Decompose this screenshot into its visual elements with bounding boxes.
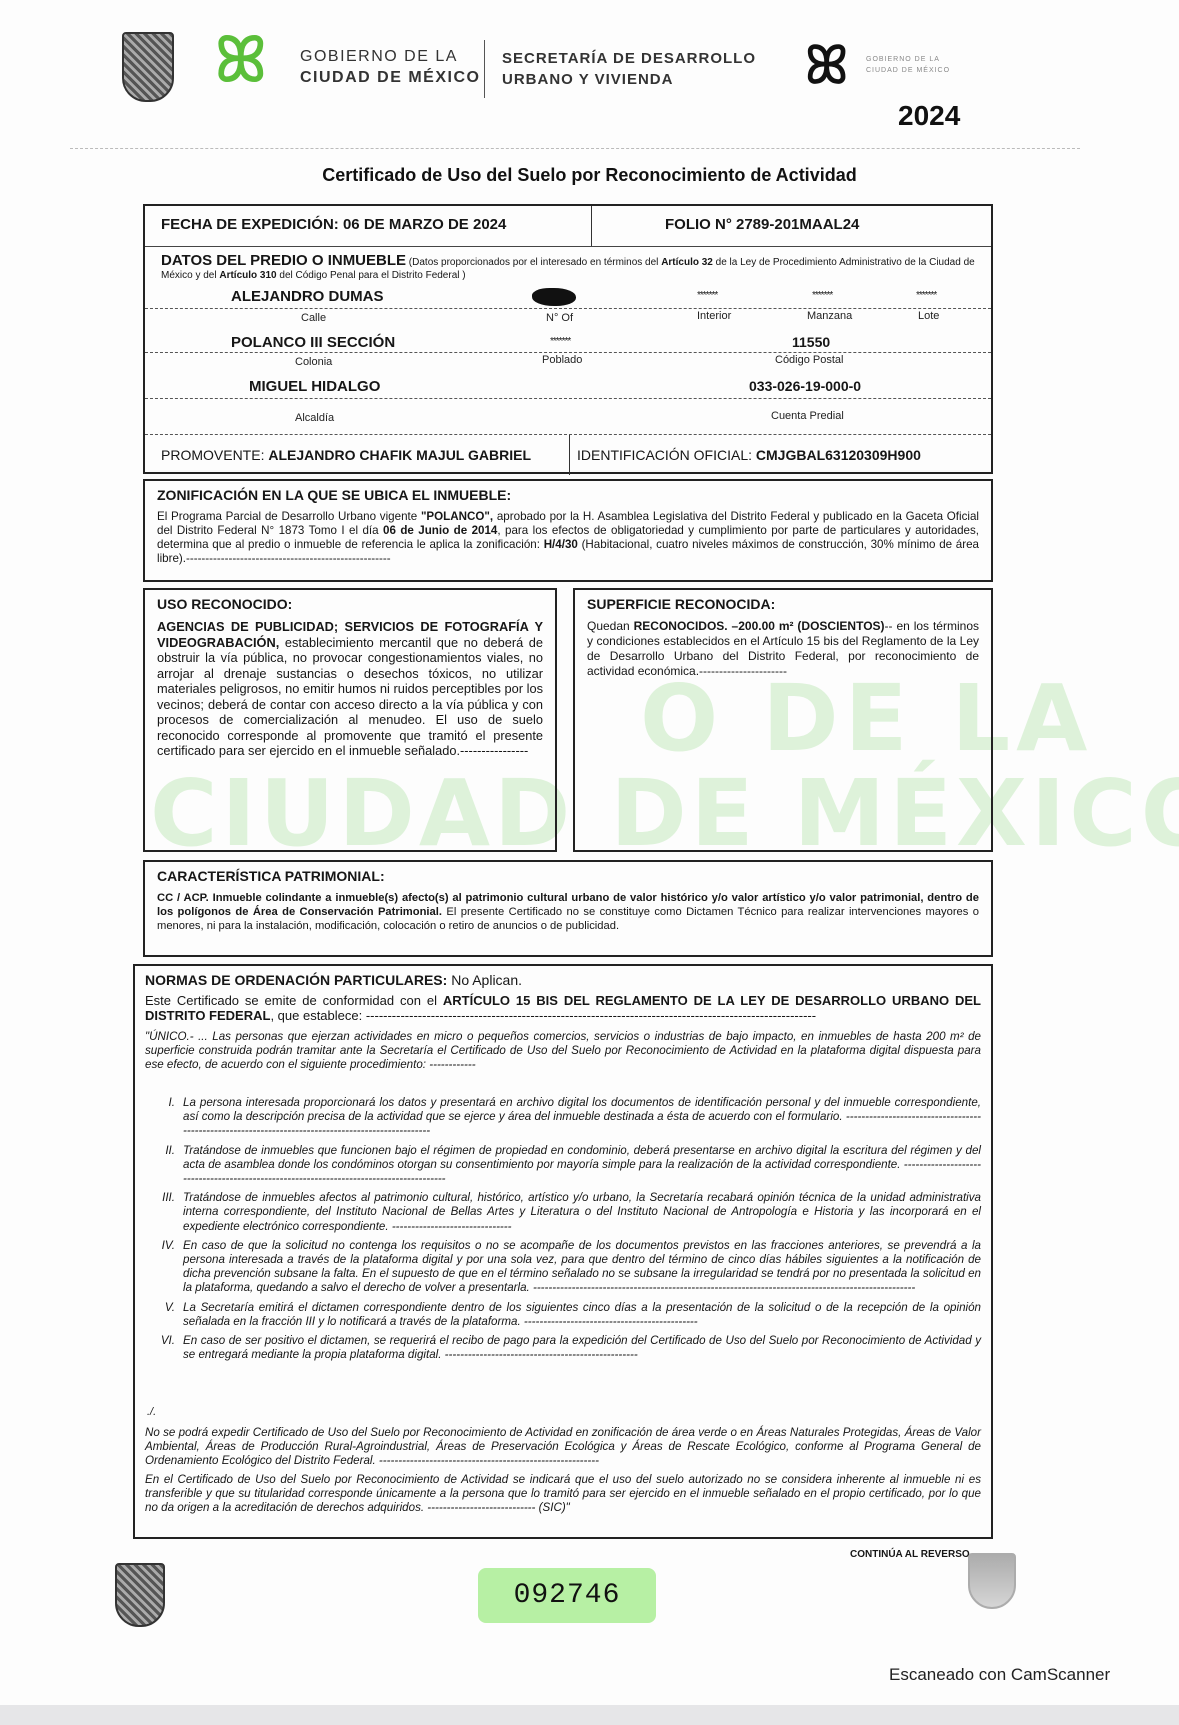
recognized-area-value: RECONOCIDOS. –200.00 m² (DOSCIENTOS) (634, 619, 885, 633)
secretaria-line-1: SECRETARÍA DE DESARROLLO (502, 48, 756, 69)
procedure-item-number: II. (145, 1144, 183, 1187)
procedure-item-text: En caso de que la solicitud no contenga … (183, 1239, 981, 1296)
number-label: N° Of (546, 312, 573, 324)
recognized-use-title: USO RECONOCIDO: (157, 596, 292, 612)
folio-number: FOLIO N° 2789-201MAAL24 (665, 216, 859, 233)
lot-value: ******* (916, 290, 936, 301)
block-value: ******* (812, 290, 832, 301)
procedure-item-number: IV. (145, 1239, 183, 1296)
redacted-number (532, 288, 576, 306)
scanned-document-page: O DE LA CIUDAD DE MÉXICO ꕤ GOBIERNO DE L… (0, 0, 1179, 1705)
header-separator (70, 148, 1080, 149)
document-year: 2024 (898, 100, 960, 132)
procedure-item-number: V. (145, 1301, 183, 1329)
serial-number-stamp: 092746 (478, 1568, 656, 1623)
field-line (145, 308, 991, 309)
procedure-item-text: La Secretaría emitirá el dictamen corres… (183, 1301, 981, 1329)
small-government-name: GOBIERNO DE LA CIUDAD DE MÉXICO (866, 54, 950, 76)
procedure-item-text: Tratándose de inmuebles afectos al patri… (183, 1191, 981, 1234)
procedure-item-text: Tratándose de inmuebles que funcionen ba… (183, 1144, 981, 1187)
zoning-rules-value: No Aplican. (447, 972, 522, 988)
field-line (145, 352, 991, 353)
postal-code-value: 11550 (792, 334, 830, 350)
unico-paragraph: "ÚNICO.- ... Las personas que ejerzan ac… (145, 1030, 981, 1073)
small-gov-line-2: CIUDAD DE MÉXICO (866, 65, 950, 76)
small-gov-line-1: GOBIERNO DE LA (866, 54, 950, 65)
procedure-item-number: I. (145, 1096, 183, 1139)
issue-date: FECHA DE EXPEDICIÓN: 06 DE MARZO DE 2024 (161, 216, 506, 233)
document-title: Certificado de Uso del Suelo por Reconoc… (0, 165, 1179, 186)
interior-label: Interior (697, 310, 731, 322)
zoning-text: El Programa Parcial de Desarrollo Urbano… (157, 510, 979, 566)
recognized-use-text: AGENCIAS DE PUBLICIDAD; SERVICIOS DE FOT… (157, 619, 543, 759)
coat-of-arms-icon (115, 1563, 165, 1627)
cdmx-black-logo-icon: ꕤ (805, 35, 848, 97)
property-data-section: FECHA DE EXPEDICIÓN: 06 DE MARZO DE 2024… (143, 204, 993, 474)
recognized-area-text-part: Quedan (587, 619, 634, 633)
continuation-mark: ./. (147, 1406, 156, 1418)
procedure-item-text: En caso de ser positivo el dictamen, se … (183, 1334, 981, 1362)
town-label: Poblado (542, 354, 582, 366)
coat-of-arms-icon (122, 32, 174, 102)
continue-overleaf-note: CONTINÚA AL REVERSO (850, 1549, 970, 1560)
procedure-item: II.Tratándose de inmuebles que funcionen… (145, 1144, 981, 1187)
closing-paragraph-1: No se podrá expedir Certificado de Uso d… (145, 1426, 981, 1469)
secretaria-line-2: URBANO Y VIVIENDA (502, 69, 756, 90)
applicant-name: ALEJANDRO CHAFIK MAJUL GABRIEL (268, 447, 531, 463)
scanner-watermark: Escaneado con CamScanner (889, 1665, 1110, 1685)
applicant-label: PROMOVENTE: (161, 447, 268, 463)
block-label: Manzana (807, 310, 852, 322)
zoning-rules-heading: NORMAS DE ORDENACIÓN PARTICULARES: (145, 972, 447, 988)
closing-paragraph-2: En el Certificado de Uso del Suelo por R… (145, 1473, 981, 1516)
procedure-item: VI.En caso de ser positivo el dictamen, … (145, 1334, 981, 1362)
borough-value: MIGUEL HIDALGO (249, 378, 380, 395)
note-text: (Datos proporcionados por el interesado … (406, 257, 661, 268)
zoning-program-name: "POLANCO", (421, 510, 493, 523)
property-data-heading: DATOS DEL PREDIO O INMUEBLE (Datos propo… (161, 254, 981, 282)
lot-label: Lote (918, 310, 939, 322)
interior-value: ******* (697, 290, 717, 301)
zoning-rules-section: NORMAS DE ORDENACIÓN PARTICULARES: No Ap… (133, 964, 993, 1539)
issue-row: FECHA DE EXPEDICIÓN: 06 DE MARZO DE 2024… (145, 206, 991, 247)
postal-code-label: Código Postal (775, 354, 844, 366)
procedure-item-text: La persona interesada proporcionará los … (183, 1096, 981, 1139)
official-id-label: IDENTIFICACIÓN OFICIAL: (577, 447, 756, 463)
gov-line-1: GOBIERNO DE LA (300, 46, 480, 67)
procedure-item: I.La persona interesada proporcionará lo… (145, 1096, 981, 1139)
official-id-value: CMJGBAL63120309H900 (756, 447, 921, 463)
zoning-date: 06 de Junio de 2014 (383, 524, 497, 537)
gov-line-2: CIUDAD DE MÉXICO (300, 67, 480, 88)
recognized-use-section: USO RECONOCIDO: AGENCIAS DE PUBLICIDAD; … (143, 588, 557, 852)
applicant-row: PROMOVENTE: ALEJANDRO CHAFIK MAJUL GABRI… (145, 434, 991, 475)
issue-row-divider (591, 206, 592, 246)
heritage-text: CC / ACP. Inmueble colindante a inmueble… (157, 891, 979, 933)
official-id: IDENTIFICACIÓN OFICIAL: CMJGBAL63120309H… (577, 447, 921, 463)
heritage-section: CARACTERÍSTICA PATRIMONIAL: CC / ACP. In… (143, 860, 993, 957)
zoning-text-part: El Programa Parcial de Desarrollo Urbano… (157, 510, 421, 523)
viewer-bottom-bar (0, 1705, 1179, 1725)
zoning-rules-intro: Este Certificado se emite de conformidad… (145, 993, 981, 1023)
cdmx-green-logo-icon: ꕤ (215, 30, 267, 92)
note-text: del Código Penal para el Distrito Federa… (277, 270, 466, 281)
borough-label: Alcaldía (295, 412, 334, 424)
property-data-title: DATOS DEL PREDIO O INMUEBLE (161, 252, 406, 269)
zoning-section: ZONIFICACIÓN EN LA QUE SE UBICA EL INMUE… (143, 479, 993, 582)
procedure-list: I.La persona interesada proporcionará lo… (145, 1096, 981, 1367)
applicant: PROMOVENTE: ALEJANDRO CHAFIK MAJUL GABRI… (161, 447, 531, 463)
recognized-area-text: Quedan RECONOCIDOS. –200.00 m² (DOSCIENT… (587, 619, 979, 679)
property-account-label: Cuenta Predial (771, 410, 844, 422)
field-line (145, 398, 991, 399)
procedure-item: III.Tratándose de inmuebles afectos al p… (145, 1191, 981, 1234)
recognized-area-section: SUPERFICIE RECONOCIDA: Quedan RECONOCIDO… (573, 588, 993, 852)
note-article-310: Artículo 310 (219, 270, 276, 281)
town-value: ******* (550, 336, 570, 347)
zoning-title: ZONIFICACIÓN EN LA QUE SE UBICA EL INMUE… (157, 487, 511, 503)
applicant-row-divider (569, 435, 570, 475)
procedure-item: IV.En caso de que la solicitud no conten… (145, 1239, 981, 1296)
note-article-32: Artículo 32 (661, 257, 713, 268)
neighborhood-value: POLANCO III SECCIÓN (231, 334, 395, 351)
procedure-item-number: VI. (145, 1334, 183, 1362)
neighborhood-label: Colonia (295, 356, 332, 368)
government-name: GOBIERNO DE LA CIUDAD DE MÉXICO (300, 46, 480, 88)
recognized-area-title: SUPERFICIE RECONOCIDA: (587, 596, 775, 612)
procedure-item-number: III. (145, 1191, 183, 1234)
zoning-rules-title: NORMAS DE ORDENACIÓN PARTICULARES: No Ap… (145, 972, 522, 988)
intro-text: Este Certificado se emite de conformidad… (145, 993, 443, 1008)
recognized-use-conditions: establecimiento mercantil que no deberá … (157, 635, 543, 759)
street-label: Calle (301, 312, 326, 324)
street-value: ALEJANDRO DUMAS (231, 288, 384, 305)
closing-paragraphs: No se podrá expedir Certificado de Uso d… (145, 1426, 981, 1515)
gray-seal-icon (968, 1553, 1016, 1609)
heritage-title: CARACTERÍSTICA PATRIMONIAL: (157, 868, 385, 884)
intro-text: , que establece: -----------------------… (270, 1008, 816, 1023)
property-account-value: 033-026-19-000-0 (749, 378, 861, 394)
secretaria-name: SECRETARÍA DE DESARROLLO URBANO Y VIVIEN… (502, 48, 756, 90)
procedure-item: V.La Secretaría emitirá el dictamen corr… (145, 1301, 981, 1329)
header-divider (484, 40, 485, 98)
zoning-code: H/4/30 (544, 538, 578, 551)
